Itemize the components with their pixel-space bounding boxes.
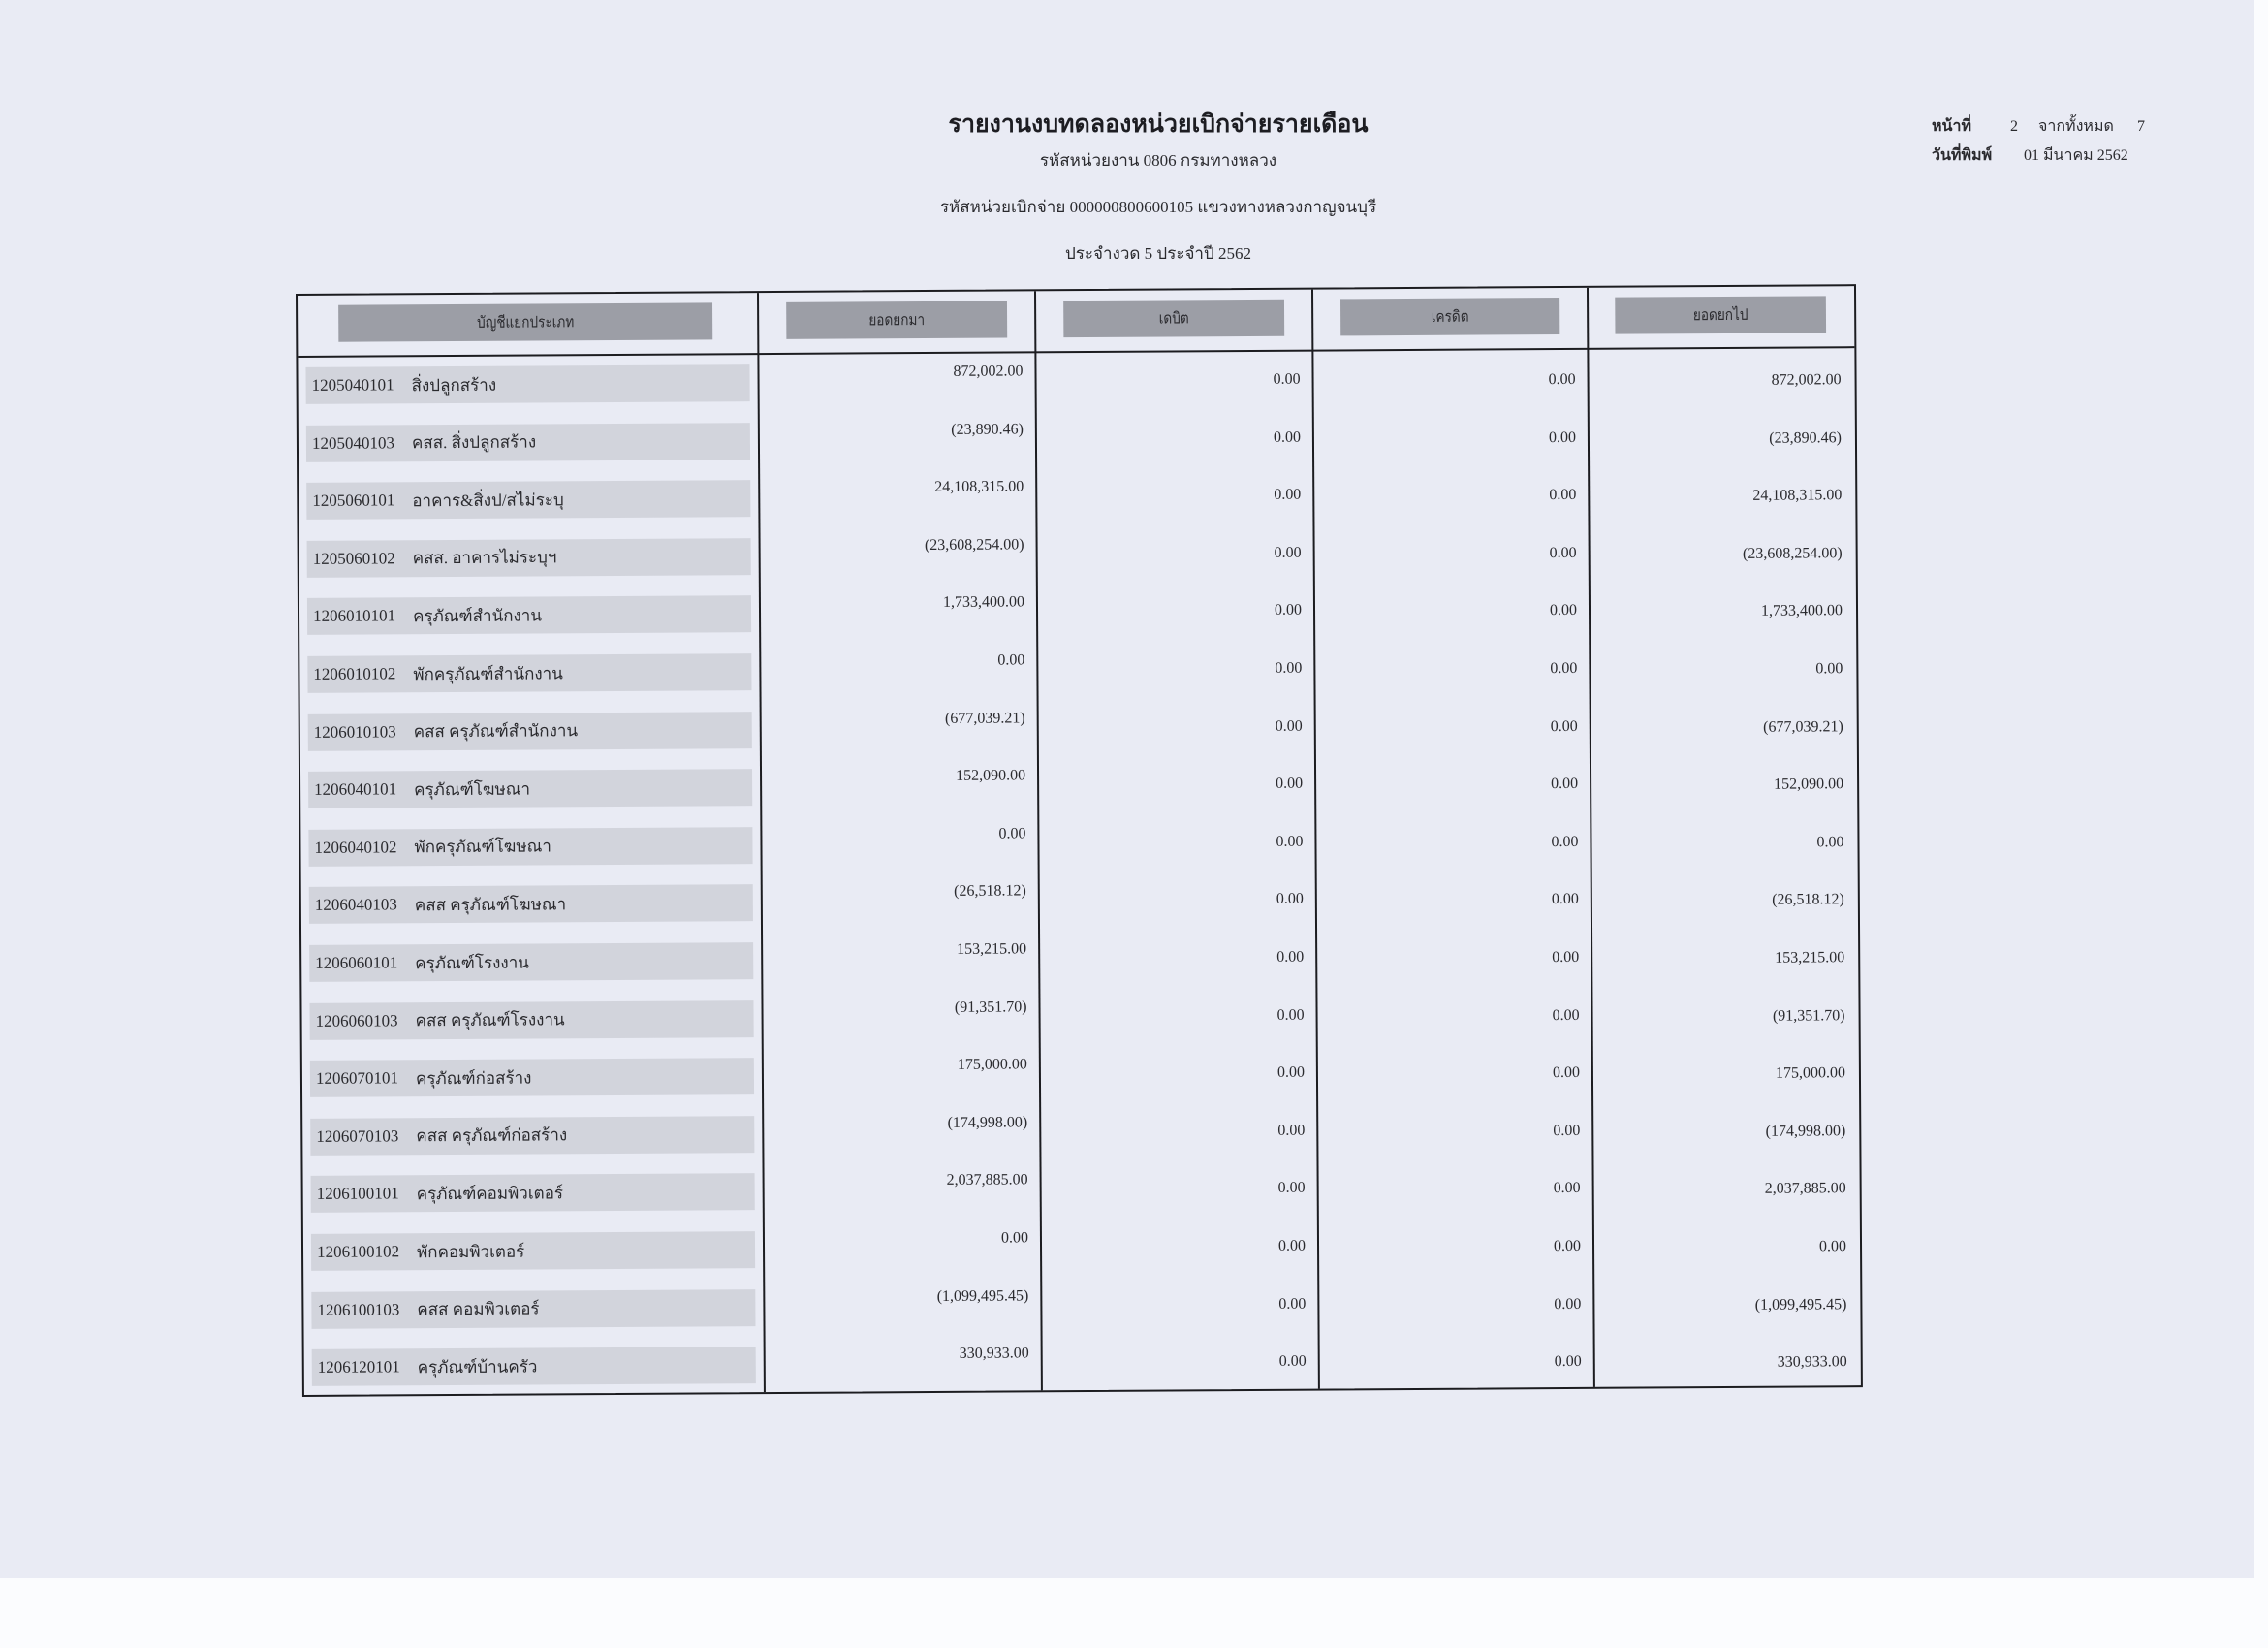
closing-amount: (23,608,254.00) [1591,545,1843,564]
credit-amount: 0.00 [1314,429,1576,449]
opening-amount: (23,890.46) [760,421,1024,440]
account-name: คสส. อาคารไม่ระบุฯ [405,545,557,572]
agency-line: รหัสหน่วยงาน 0806 กรมทางหลวง [0,147,2268,174]
account-code: 1206100103 [311,1300,409,1320]
account-name: ครุภัณฑ์คอมพิวเตอร์ [409,1180,563,1207]
credit-amount: 0.00 [1314,487,1576,506]
account-cell: 1205040103คสส. สิ่งปลูกสร้าง [306,423,750,462]
account-code: 1206100102 [311,1242,409,1262]
opening-amount: (23,608,254.00) [761,536,1024,555]
account-cell: 1205060102คสส. อาคารไม่ระบุฯ [307,538,751,578]
account-code: 1206120101 [312,1357,410,1378]
opening-amount: (677,039.21) [762,710,1025,729]
report-title: รายงานงบทดลองหน่วยเบิกจ่ายรายเดือน [0,105,2268,143]
account-cell: 1206070103คสส ครุภัณฑ์ก่อสร้าง [310,1116,754,1156]
table-row: 1206060101ครุภัณฑ์โรงงาน153,215.000.000.… [301,926,1858,993]
table-row: 1206100102พักคอมพิวเตอร์0.000.000.000.00 [303,1215,1860,1282]
opening-amount: 2,037,885.00 [765,1172,1028,1191]
closing-amount: 0.00 [1594,1238,1846,1257]
account-cell: 1206100101ครุภัณฑ์คอมพิวเตอร์ [311,1174,755,1214]
account-code: 1206070103 [310,1126,408,1147]
scanned-page: รายงานงบทดลองหน่วยเบิกจ่ายรายเดือน รหัสห… [0,0,2254,1578]
closing-amount: 1,733,400.00 [1591,603,1843,622]
table-row: 1206100103คสส คอมพิวเตอร์(1,099,495.45)0… [303,1273,1860,1340]
account-name: พักครุภัณฑ์สำนักงาน [405,660,563,687]
page-label: หน้าที่ [1932,114,1990,139]
account-cell: 1206100102พักคอมพิวเตอร์ [311,1231,755,1271]
account-cell: 1206060101ครุภัณฑ์โรงงาน [309,942,753,982]
credit-amount: 0.00 [1317,949,1579,968]
account-code: 1206040102 [308,838,406,858]
debit-amount: 0.00 [1040,949,1304,968]
trial-balance-table: บัญชีแยกประเภทยอดยกมาเดบิตเครดิตยอดยกไป … [296,284,1863,1397]
account-name: คสส ครุภัณฑ์ก่อสร้าง [408,1123,567,1150]
credit-amount: 0.00 [1318,1064,1580,1084]
closing-amount: (1,099,495.45) [1594,1296,1846,1315]
table-row: 1206040101ครุภัณฑ์โฆษณา152,090.000.000.0… [300,752,1857,819]
debit-amount: 0.00 [1041,1064,1305,1084]
credit-amount: 0.00 [1318,1123,1580,1142]
debit-amount: 0.00 [1038,660,1302,680]
account-cell: 1206010101ครุภัณฑ์สำนักงาน [307,596,751,636]
account-code: 1206040101 [308,780,406,801]
credit-amount: 0.00 [1316,718,1578,738]
table-row: 1205060102คสส. อาคารไม่ระบุฯ(23,608,254.… [299,522,1855,588]
header-col-account: บัญชีแยกประเภท [338,302,712,341]
debit-amount: 0.00 [1037,371,1301,391]
account-cell: 1205060101อาคาร&สิ่งป/สไม่ระบุ [306,480,750,520]
closing-amount: 175,000.00 [1593,1064,1845,1084]
table-row: 1206100101ครุภัณฑ์คอมพิวเตอร์2,037,885.0… [303,1157,1860,1224]
debit-amount: 0.00 [1040,891,1304,910]
print-date-label: วันที่พิมพ์ [1932,143,2024,168]
debit-amount: 0.00 [1041,1006,1305,1026]
closing-amount: 153,215.00 [1592,949,1844,968]
debit-amount: 0.00 [1043,1353,1307,1373]
closing-amount: 330,933.00 [1595,1353,1847,1373]
debit-amount: 0.00 [1042,1238,1306,1257]
debit-amount: 0.00 [1038,544,1302,563]
account-name: ครุภัณฑ์โรงงาน [407,949,529,976]
account-name: ครุภัณฑ์ก่อสร้าง [408,1064,532,1092]
account-cell: 1206070101ครุภัณฑ์ก่อสร้าง [310,1058,754,1097]
account-code: 1206040103 [309,896,407,916]
credit-amount: 0.00 [1315,660,1577,680]
credit-amount: 0.00 [1315,602,1577,621]
opening-amount: (1,099,495.45) [765,1287,1028,1307]
account-name: พักครุภัณฑ์โฆษณา [406,834,551,861]
page-indicator: หน้าที่2จากทั้งหมด7 [1932,114,2145,139]
account-name: คสส ครุภัณฑ์โรงงาน [408,1006,565,1033]
closing-amount: 152,090.00 [1591,776,1843,795]
disbursing-unit-line: รหัสหน่วยเบิกจ่าย 000000800600105 แขวงทา… [0,194,2268,220]
table-row: 1206070103คสส ครุภัณฑ์ก่อสร้าง(174,998.0… [302,1099,1859,1166]
table-row: 1205060101อาคาร&สิ่งป/สไม่ระบุ24,108,315… [299,463,1855,530]
total-pages: 7 [2126,118,2145,136]
account-name: ครุภัณฑ์โฆษณา [406,776,530,803]
account-code: 1206010102 [307,664,405,684]
account-code: 1206010103 [308,722,406,743]
account-name: ครุภัณฑ์สำนักงาน [405,602,542,629]
account-cell: 1206100103คสส คอมพิวเตอร์ [311,1289,755,1329]
account-code: 1206070101 [310,1068,408,1089]
credit-amount: 0.00 [1314,371,1576,391]
account-cell: 1206010102พักครุภัณฑ์สำนักงาน [307,653,751,693]
closing-amount: (91,351.70) [1593,1007,1845,1027]
credit-amount: 0.00 [1319,1238,1581,1257]
account-code: 1206060101 [309,953,407,973]
closing-amount: 2,037,885.00 [1594,1181,1846,1200]
account-code: 1205040103 [306,433,404,454]
account-cell: 1206010103คสส ครุภัณฑ์สำนักงาน [308,712,752,751]
closing-amount: (26,518.12) [1592,892,1844,911]
credit-amount: 0.00 [1316,776,1578,795]
closing-amount: 0.00 [1591,660,1843,680]
print-date-value: 01 มีนาคม 2562 [2024,143,2128,168]
closing-amount: 872,002.00 [1590,371,1842,391]
table-row: 1206070101ครุภัณฑ์ก่อสร้าง175,000.000.00… [302,1041,1859,1108]
table-row: 1206040103คสส ครุภัณฑ์โฆษณา(26,518.12)0.… [301,869,1858,935]
opening-amount: (26,518.12) [763,883,1026,903]
account-name: พักคอมพิวเตอร์ [409,1238,524,1265]
account-code: 1206060103 [310,1011,408,1031]
credit-amount: 0.00 [1320,1353,1582,1373]
table-row: 1206010101ครุภัณฑ์สำนักงาน1,733,400.000.… [299,580,1856,647]
account-code: 1205060101 [306,491,404,512]
account-code: 1206010101 [307,607,405,627]
account-code: 1205040101 [306,375,404,396]
account-name: อาคาร&สิ่งป/สไม่ระบุ [404,487,564,514]
table-row: 1205040103คสส. สิ่งปลูกสร้าง(23,890.46)0… [299,406,1855,473]
debit-amount: 0.00 [1042,1295,1306,1315]
opening-amount: 153,215.00 [763,940,1026,960]
closing-amount: 24,108,315.00 [1590,487,1842,506]
closing-amount: (677,039.21) [1591,718,1843,738]
opening-amount: 175,000.00 [764,1057,1027,1076]
opening-amount: (174,998.00) [764,1114,1027,1133]
credit-amount: 0.00 [1319,1180,1581,1199]
header-col-credit: เครดิต [1340,298,1559,335]
debit-amount: 0.00 [1041,1122,1305,1141]
table-row: 1206060103คสส ครุภัณฑ์โรงงาน(91,351.70)0… [301,984,1858,1051]
account-cell: 1206040101ครุภัณฑ์โฆษณา [308,769,752,808]
opening-amount: 872,002.00 [759,363,1023,382]
closing-amount: (23,890.46) [1590,429,1842,449]
account-code: 1205060102 [307,549,405,569]
account-name: คสส ครุภัณฑ์โฆษณา [407,891,566,918]
opening-amount: 1,733,400.00 [761,594,1024,614]
account-name: คสส คอมพิวเตอร์ [409,1296,539,1323]
closing-amount: (174,998.00) [1593,1123,1845,1142]
account-cell: 1205040101สิ่งปลูกสร้าง [305,364,749,404]
opening-amount: 330,933.00 [766,1346,1029,1365]
account-cell: 1206060103คสส ครุภัณฑ์โรงงาน [309,1000,753,1040]
table-row: 1206010102พักครุภัณฑ์สำนักงาน0.000.000.0… [299,637,1856,704]
debit-amount: 0.00 [1039,776,1303,795]
debit-amount: 0.00 [1037,428,1301,448]
debit-amount: 0.00 [1039,833,1303,852]
opening-amount: 152,090.00 [762,768,1025,787]
account-cell: 1206040102พักครุภัณฑ์โฆษณา [308,827,752,867]
opening-amount: (91,351.70) [763,998,1026,1018]
header-col-opening: ยอดยกมา [786,301,1007,339]
opening-amount: 24,108,315.00 [760,479,1024,498]
opening-amount: 0.00 [765,1229,1028,1249]
account-cell: 1206120101ครุภัณฑ์บ้านครัว [312,1347,756,1386]
credit-amount: 0.00 [1317,891,1579,910]
account-name: คสส ครุภัณฑ์สำนักงาน [406,717,578,745]
credit-amount: 0.00 [1316,834,1578,853]
print-date: วันที่พิมพ์01 มีนาคม 2562 [1932,143,2128,168]
debit-amount: 0.00 [1039,717,1303,737]
credit-amount: 0.00 [1319,1296,1581,1315]
debit-amount: 0.00 [1042,1180,1306,1199]
table-header: บัญชีแยกประเภทยอดยกมาเดบิตเครดิตยอดยกไป [298,286,1854,358]
header-col-closing: ยอดยกไป [1615,296,1826,333]
page-number: 2 [1990,118,2038,136]
table-row: 1206120101ครุภัณฑ์บ้านครัว330,933.000.00… [304,1330,1861,1397]
credit-amount: 0.00 [1318,1007,1580,1027]
account-name: สิ่งปลูกสร้าง [403,371,496,398]
opening-amount: 0.00 [762,825,1025,844]
account-code: 1206100101 [311,1185,409,1205]
account-cell: 1206040103คสส ครุภัณฑ์โฆษณา [309,885,753,925]
credit-amount: 0.00 [1315,545,1577,564]
period-line: ประจำงวด 5 ประจำปี 2562 [0,240,2268,267]
table-row: 1205040101สิ่งปลูกสร้าง872,002.000.000.0… [298,348,1854,415]
account-name: คสส. สิ่งปลูกสร้าง [404,429,536,457]
debit-amount: 0.00 [1037,487,1301,506]
opening-amount: 0.00 [761,651,1024,671]
debit-amount: 0.00 [1038,602,1302,621]
header-col-debit: เดบิต [1063,300,1284,337]
of-label: จากทั้งหมด [2038,114,2126,139]
table-row: 1206010103คสส ครุภัณฑ์สำนักงาน(677,039.2… [300,695,1857,762]
table-row: 1206040102พักครุภัณฑ์โฆษณา0.000.000.000.… [300,810,1857,877]
account-name: ครุภัณฑ์บ้านครัว [410,1353,538,1380]
closing-amount: 0.00 [1591,834,1843,853]
